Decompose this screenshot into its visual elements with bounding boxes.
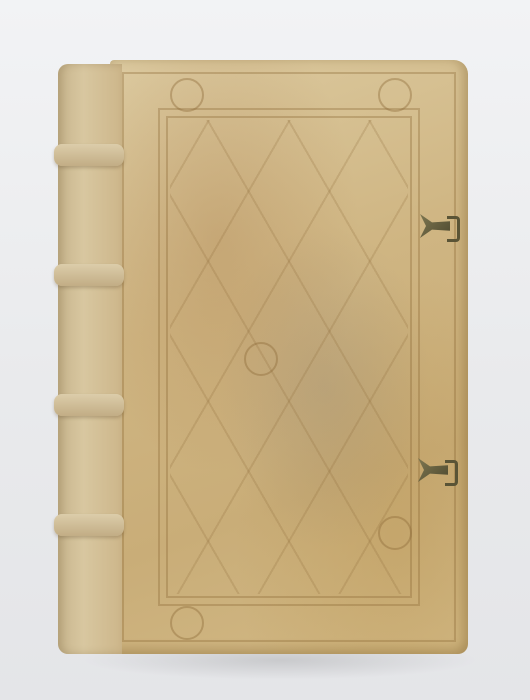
book-spine (58, 64, 122, 654)
front-cover (110, 60, 468, 654)
photo-scene (0, 0, 530, 700)
spine-band (54, 264, 124, 286)
roundel-stamp (378, 516, 412, 550)
spine-band (54, 514, 124, 536)
central-rosette-stamp (244, 342, 278, 376)
spine-band (54, 394, 124, 416)
roundel-stamp (378, 78, 412, 112)
lower-brass-clasp-icon (418, 452, 458, 488)
diagonal-lattice-tooling (170, 120, 408, 594)
roundel-stamp (170, 78, 204, 112)
upper-brass-clasp-icon (420, 208, 460, 244)
antique-book (58, 60, 468, 660)
roundel-stamp (170, 606, 204, 640)
spine-band (54, 144, 124, 166)
